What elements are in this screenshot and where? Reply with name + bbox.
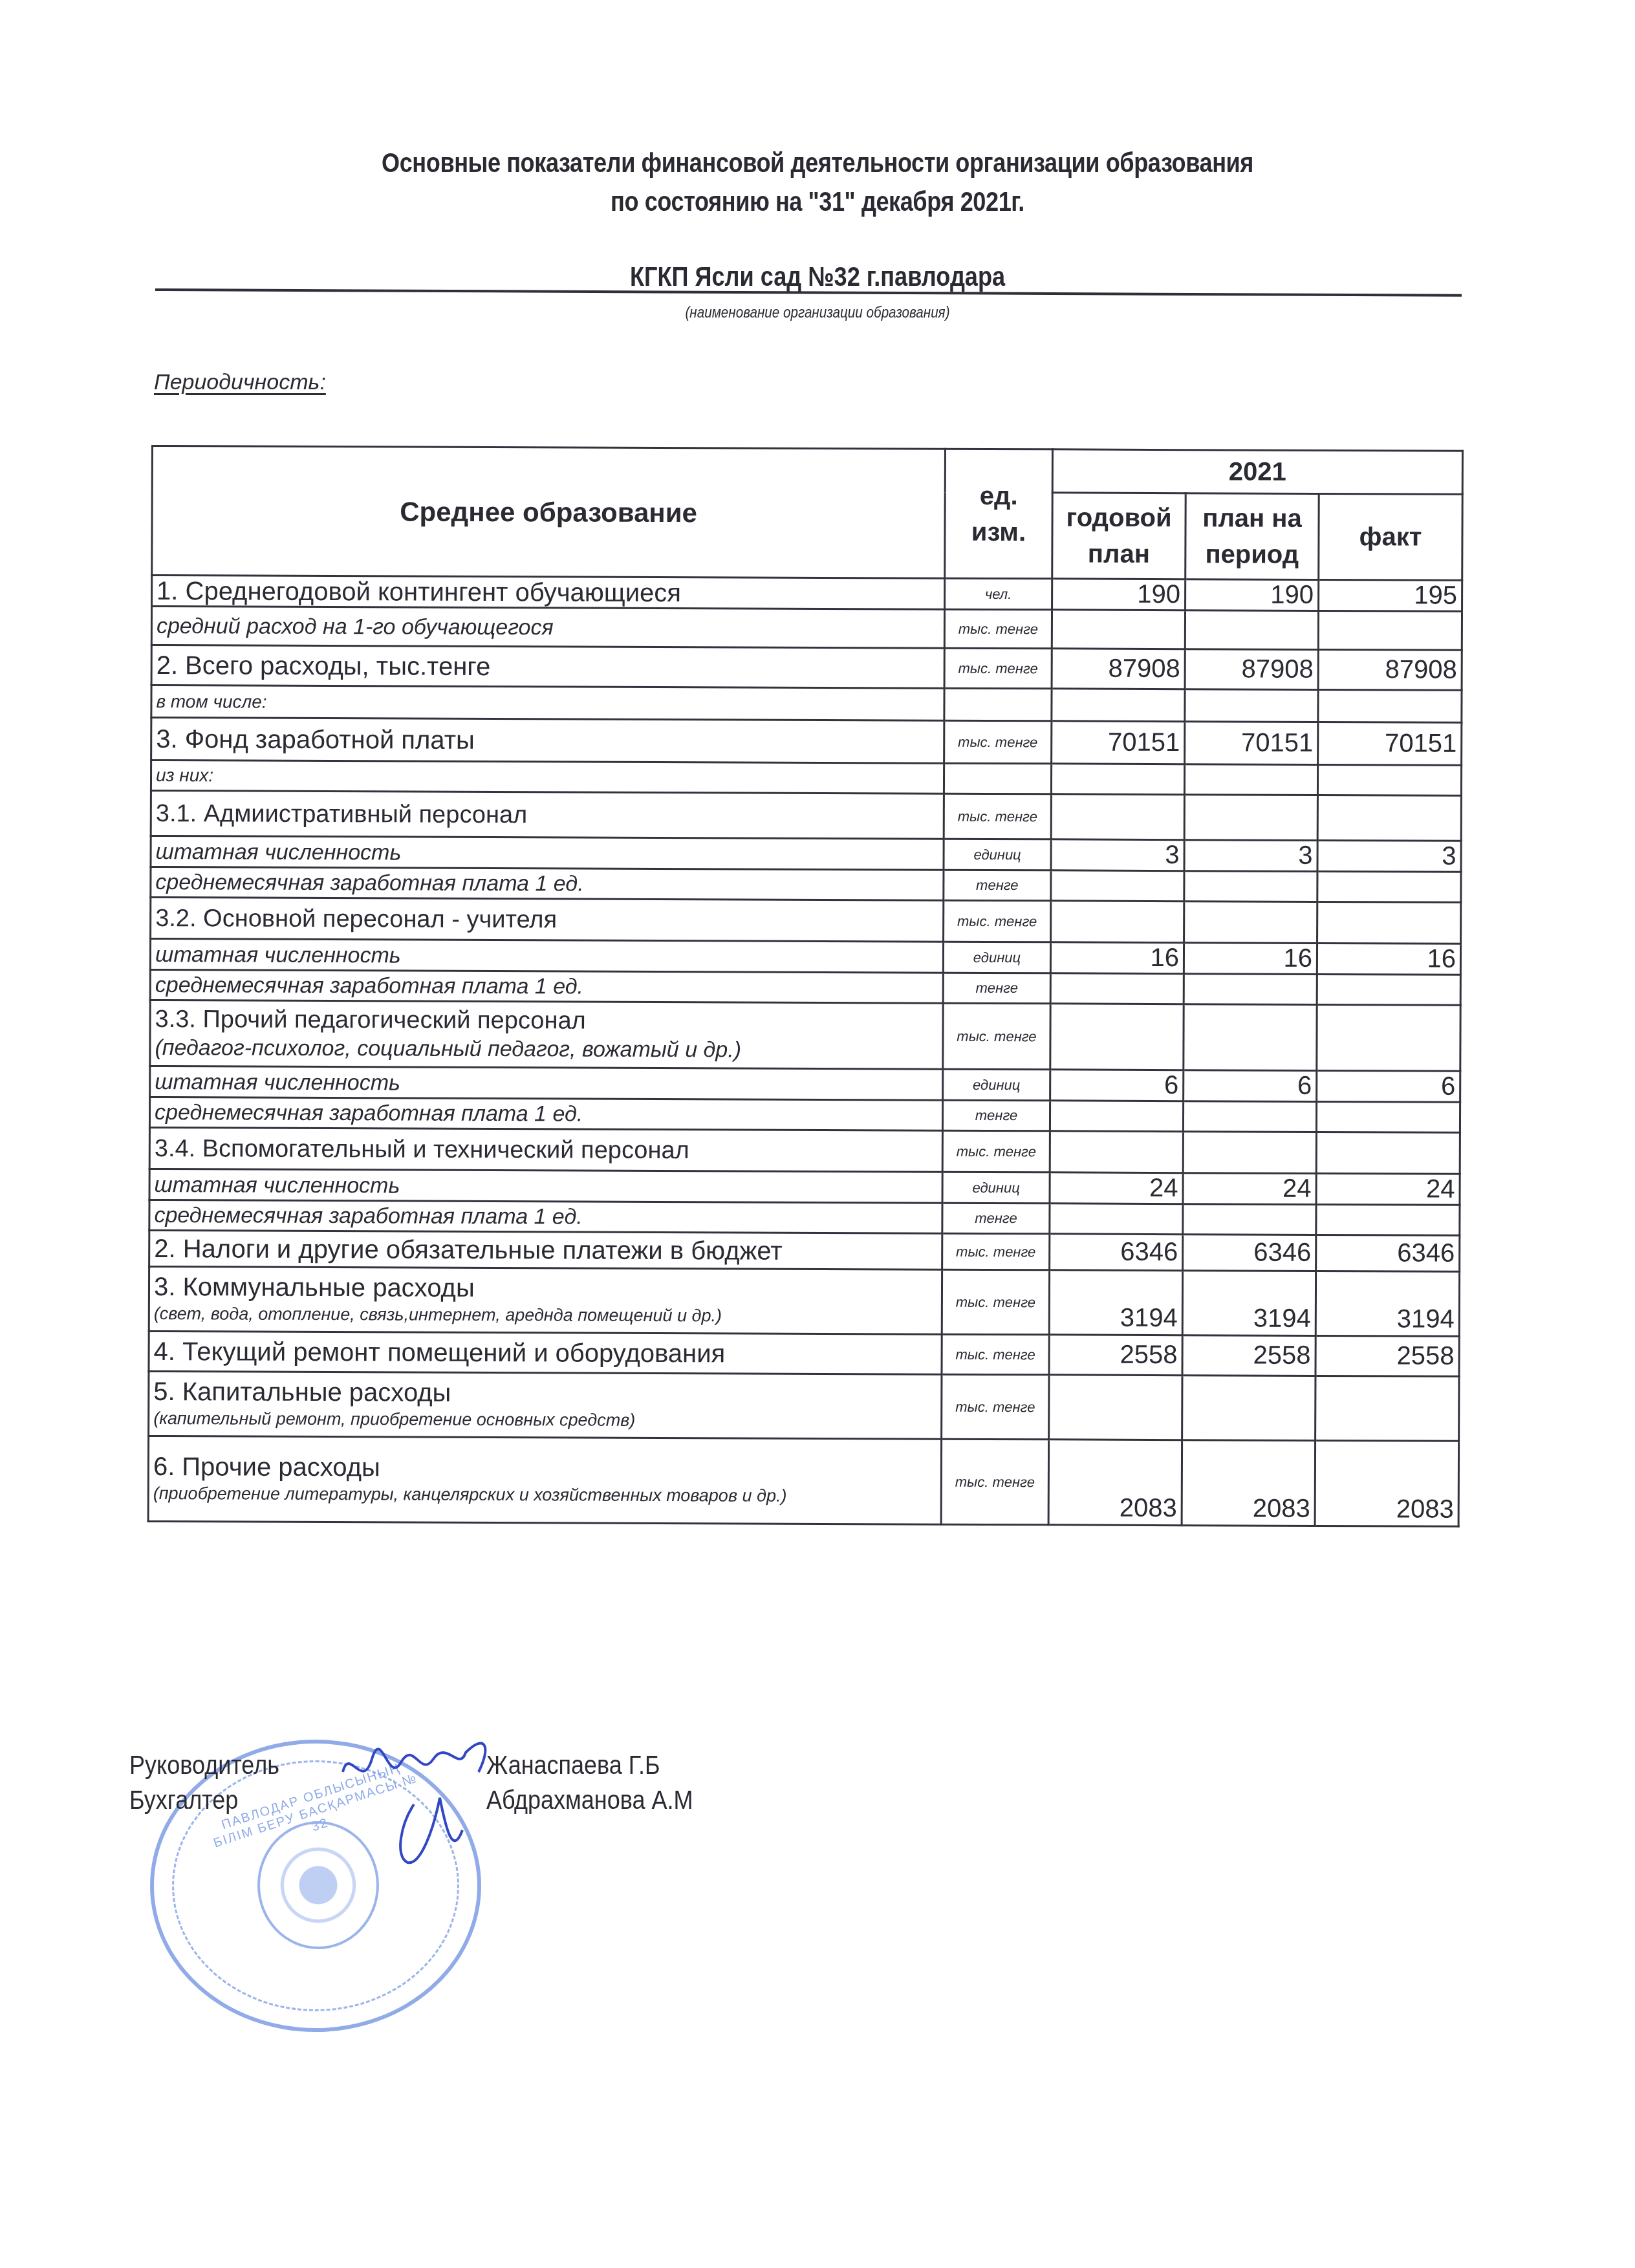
row-label-text: среднемесячная заработная плата 1 ед. bbox=[155, 1100, 583, 1127]
row-label: из них: bbox=[151, 761, 944, 794]
cell-period-plan bbox=[1184, 795, 1317, 841]
row-label-text: среднемесячная заработная плата 1 ед. bbox=[155, 973, 583, 999]
cell-fact: 3194 bbox=[1316, 1271, 1459, 1336]
row-label: 6. Прочие расходы(приобретение литератур… bbox=[148, 1436, 941, 1524]
row-label: 3. Коммунальные расходы(свет, вода, отоп… bbox=[149, 1266, 942, 1334]
row-sublabel: (капительный ремонт, приобретение основн… bbox=[153, 1406, 937, 1434]
row-unit: тыс. тенге bbox=[942, 1269, 1049, 1335]
head-role: Руководитель bbox=[129, 1751, 279, 1780]
row-unit: тыс. тенге bbox=[942, 1130, 1050, 1172]
row-unit: единиц bbox=[944, 839, 1051, 870]
row-unit: тыс. тенге bbox=[942, 1233, 1050, 1270]
report-date: по состоянию на "31" декабря 2021г. bbox=[114, 186, 1521, 217]
table-row: 2. Всего расходы, тыс.тенгетыс. тенге879… bbox=[151, 645, 1462, 691]
cell-period-plan bbox=[1184, 764, 1317, 795]
report-title: Основные показатели финансовой деятельно… bbox=[114, 147, 1521, 178]
row-label-text: 4. Текущий ремонт помещений и оборудован… bbox=[154, 1337, 726, 1368]
cell-annual-plan bbox=[1050, 973, 1184, 1004]
cell-annual-plan: 3 bbox=[1051, 839, 1184, 871]
row-unit bbox=[944, 688, 1052, 721]
row-label-text: штатная численность bbox=[155, 942, 401, 967]
cell-fact bbox=[1317, 902, 1461, 944]
cell-annual-plan: 190 bbox=[1052, 579, 1186, 610]
cell-period-plan: 2558 bbox=[1182, 1335, 1316, 1376]
row-label-text: штатная численность bbox=[156, 839, 402, 865]
row-label-text: среднемесячная заработная плата 1 ед. bbox=[155, 870, 583, 896]
organization-caption: (наименование организации образования) bbox=[114, 304, 1521, 322]
row-unit: тыс. тенге bbox=[944, 609, 1052, 649]
cell-annual-plan bbox=[1052, 610, 1185, 649]
cell-period-plan bbox=[1185, 610, 1318, 650]
row-unit: тыс. тенге bbox=[944, 648, 1052, 689]
cell-period-plan bbox=[1182, 1376, 1316, 1441]
row-unit: тыс. тенге bbox=[942, 1334, 1049, 1375]
table-row: средний расход на 1-го обучающегосятыс. … bbox=[151, 607, 1462, 651]
cell-annual-plan: 16 bbox=[1050, 942, 1184, 974]
row-unit bbox=[944, 763, 1051, 794]
cell-period-plan: 87908 bbox=[1185, 649, 1318, 690]
cell-fact bbox=[1316, 1204, 1460, 1235]
row-label-text: средний расход на 1-го обучающегося bbox=[157, 614, 554, 640]
cell-period-plan bbox=[1184, 871, 1317, 902]
cell-annual-plan bbox=[1051, 870, 1184, 902]
row-label: среднемесячная заработная плата 1 ед. bbox=[149, 1097, 942, 1130]
cell-period-plan bbox=[1183, 1101, 1316, 1132]
cell-period-plan: 24 bbox=[1183, 1173, 1316, 1205]
table-row: 3. Фонд заработной платытыс. тенге701517… bbox=[151, 718, 1462, 766]
cell-annual-plan bbox=[1049, 1375, 1182, 1440]
row-label: штатная численность bbox=[150, 939, 943, 973]
row-sublabel: (приобретение литературы, канцелярских и… bbox=[153, 1481, 937, 1509]
cell-fact: 6 bbox=[1317, 1070, 1460, 1102]
cell-fact bbox=[1317, 974, 1460, 1005]
table-row: 3. Коммунальные расходы(свет, вода, отоп… bbox=[149, 1266, 1459, 1336]
periodicity-label: Периодичность: bbox=[154, 370, 326, 395]
cell-annual-plan: 2083 bbox=[1048, 1440, 1182, 1526]
cell-fact bbox=[1317, 764, 1461, 795]
header-year: 2021 bbox=[1052, 449, 1462, 494]
cell-fact: 195 bbox=[1319, 579, 1462, 611]
row-label-text: 6. Прочие расходы bbox=[153, 1453, 380, 1482]
row-unit: тенге bbox=[944, 870, 1051, 901]
row-label-text: 3.3. Прочий педагогический персонал bbox=[155, 1006, 586, 1035]
row-label-text: штатная численность bbox=[155, 1172, 400, 1198]
cell-annual-plan bbox=[1052, 689, 1185, 722]
cell-fact bbox=[1316, 1132, 1460, 1174]
cell-period-plan: 6346 bbox=[1183, 1235, 1316, 1271]
table-row: 1. Среднегодовой контингент обучающиесяч… bbox=[152, 576, 1462, 612]
cell-annual-plan bbox=[1050, 1131, 1183, 1173]
row-label: среднемесячная заработная плата 1 ед. bbox=[150, 969, 943, 1003]
cell-fact bbox=[1316, 1376, 1459, 1441]
accountant-name: Абдрахманова А.М bbox=[486, 1786, 693, 1815]
cell-fact bbox=[1316, 1101, 1460, 1132]
row-label: 1. Среднегодовой контингент обучающиеся bbox=[152, 576, 945, 610]
cell-fact: 87908 bbox=[1318, 649, 1462, 690]
table-row: среднемесячная заработная плата 1 ед.тен… bbox=[149, 1200, 1460, 1235]
cell-fact bbox=[1317, 871, 1461, 902]
row-sublabel: (педагог-психолог, социальный педагог, в… bbox=[155, 1033, 938, 1065]
signature-head-icon bbox=[336, 1733, 504, 1875]
header-main: Среднее образование bbox=[152, 446, 946, 579]
table-row: 3.3. Прочий педагогический персонал(педа… bbox=[150, 1000, 1460, 1071]
cell-annual-plan: 70151 bbox=[1052, 721, 1185, 764]
cell-annual-plan bbox=[1051, 764, 1184, 795]
cell-period-plan: 6 bbox=[1184, 1070, 1317, 1102]
table-row: штатная численностьединиц242424 bbox=[149, 1169, 1460, 1205]
cell-fact: 70151 bbox=[1318, 722, 1462, 765]
row-label-text: 1. Среднегодовой контингент обучающиеся bbox=[157, 577, 681, 607]
cell-annual-plan bbox=[1050, 1204, 1183, 1235]
row-unit: тыс. тенге bbox=[941, 1439, 1049, 1525]
organization-name: КГКП Ясли сад №32 г.павлодара bbox=[114, 261, 1521, 292]
row-label: в том числе: bbox=[151, 686, 944, 721]
cell-period-plan bbox=[1183, 1132, 1316, 1174]
row-label-text: 3. Коммунальные расходы bbox=[154, 1273, 475, 1302]
cell-annual-plan bbox=[1050, 1004, 1184, 1070]
cell-annual-plan bbox=[1050, 1101, 1183, 1132]
row-label: 3.1. Адмиистративный персонал bbox=[151, 791, 944, 839]
table-row: штатная численностьединиц161616 bbox=[150, 939, 1460, 975]
financial-indicators-table: Среднее образование ед. изм. 2021 годово… bbox=[147, 445, 1464, 1528]
row-label-text: 5. Капитальные расходы bbox=[153, 1377, 451, 1407]
table-row: среднемесячная заработная плата 1 ед.тен… bbox=[149, 1097, 1460, 1132]
row-label-text: 3.2. Основной пересонал - учителя bbox=[155, 905, 557, 933]
table-row: 3.1. Адмиистративный персоналтыс. тенге bbox=[151, 791, 1461, 841]
row-label-text: 2. Всего расходы, тыс.тенге bbox=[157, 651, 491, 681]
row-unit: единиц bbox=[943, 942, 1050, 973]
accountant-role: Бухгалтер bbox=[129, 1786, 238, 1815]
head-name: Жанаспаева Г.Б bbox=[486, 1751, 660, 1780]
cell-period-plan bbox=[1184, 902, 1317, 944]
cell-period-plan bbox=[1183, 1204, 1316, 1235]
cell-fact bbox=[1317, 795, 1461, 841]
cell-fact bbox=[1318, 689, 1462, 722]
row-label-text: 3.1. Адмиистративный персонал bbox=[156, 800, 528, 828]
cell-fact bbox=[1317, 1004, 1460, 1071]
table-row: 3.2. Основной пересонал - учителятыс. те… bbox=[151, 898, 1461, 944]
table-row: из них: bbox=[151, 761, 1461, 796]
header-fact: факт bbox=[1319, 493, 1463, 580]
row-unit: единиц bbox=[943, 1069, 1050, 1101]
row-label: 2. Налоги и другие обязательные платежи … bbox=[149, 1230, 942, 1269]
cell-period-plan: 2083 bbox=[1182, 1440, 1316, 1526]
cell-fact: 2558 bbox=[1316, 1335, 1459, 1376]
row-label: 3.3. Прочий педагогический персонал(педа… bbox=[150, 1000, 943, 1069]
row-label: 2. Всего расходы, тыс.тенге bbox=[151, 645, 944, 689]
row-unit: тенге bbox=[942, 1100, 1050, 1131]
row-label-text: в том числе: bbox=[156, 691, 266, 712]
row-label-text: среднемесячная заработная плата 1 ед. bbox=[154, 1203, 582, 1229]
row-sublabel: (свет, вода, отопление, связь,интернет, … bbox=[154, 1301, 937, 1329]
table-row: штатная численностьединиц666 bbox=[150, 1066, 1460, 1102]
table-row: в том числе: bbox=[151, 686, 1462, 723]
row-unit: тыс. тенге bbox=[942, 1374, 1049, 1440]
cell-fact bbox=[1318, 610, 1462, 650]
header-unit: ед. изм. bbox=[945, 449, 1053, 579]
row-unit: тыс. тенге bbox=[944, 900, 1051, 942]
cell-annual-plan: 87908 bbox=[1052, 649, 1185, 689]
row-label-text: штатная численность bbox=[155, 1070, 400, 1095]
row-label: 3. Фонд заработной платы bbox=[151, 718, 944, 764]
table-row: 4. Текущий ремонт помещений и оборудован… bbox=[149, 1331, 1459, 1376]
table-row: 5. Капитальные расходы(капительный ремон… bbox=[149, 1371, 1459, 1441]
cell-fact: 24 bbox=[1316, 1173, 1460, 1205]
cell-annual-plan: 6346 bbox=[1050, 1234, 1183, 1271]
row-label: 3.2. Основной пересонал - учителя bbox=[151, 898, 944, 942]
cell-period-plan bbox=[1185, 689, 1318, 722]
table-row: 3.4. Вспомогательный и технический персо… bbox=[149, 1127, 1460, 1174]
table-row: 6. Прочие расходы(приобретение литератур… bbox=[148, 1436, 1459, 1526]
cell-annual-plan bbox=[1051, 901, 1184, 943]
row-unit: тыс. тенге bbox=[943, 1003, 1050, 1070]
row-label-text: 3. Фонд заработной платы bbox=[156, 725, 475, 755]
cell-period-plan: 190 bbox=[1186, 579, 1319, 611]
row-unit: тыс. тенге bbox=[944, 794, 1051, 839]
row-label: среднемесячная заработная плата 1 ед. bbox=[151, 867, 944, 901]
row-label: 4. Текущий ремонт помещений и оборудован… bbox=[149, 1331, 942, 1374]
cell-annual-plan: 3194 bbox=[1049, 1270, 1182, 1335]
row-label: 5. Капитальные расходы(капительный ремон… bbox=[149, 1371, 942, 1439]
cell-fact: 3 bbox=[1317, 840, 1461, 872]
row-label: средний расход на 1-го обучающегося bbox=[151, 607, 944, 649]
cell-annual-plan: 6 bbox=[1050, 1070, 1184, 1101]
cell-annual-plan: 24 bbox=[1050, 1172, 1183, 1204]
row-unit: тенге bbox=[943, 973, 1050, 1004]
cell-period-plan: 16 bbox=[1184, 943, 1317, 975]
row-label: среднемесячная заработная плата 1 ед. bbox=[149, 1200, 942, 1233]
row-unit: чел. bbox=[945, 578, 1052, 610]
row-label-text: 2. Налоги и другие обязательные платежи … bbox=[154, 1235, 783, 1266]
table-row: 2. Налоги и другие обязательные платежи … bbox=[149, 1230, 1460, 1271]
row-label-text: 3.4. Вспомогательный и технический персо… bbox=[155, 1135, 689, 1164]
cell-period-plan: 3 bbox=[1184, 840, 1317, 872]
cell-period-plan: 70151 bbox=[1185, 722, 1318, 765]
row-unit: тенге bbox=[942, 1203, 1050, 1234]
header-annual-plan: годовой план bbox=[1052, 493, 1186, 579]
table-row: штатная численностьединиц333 bbox=[151, 836, 1461, 872]
table-body: 1. Среднегодовой контингент обучающиесяч… bbox=[148, 576, 1462, 1527]
table-row: среднемесячная заработная плата 1 ед.тен… bbox=[151, 867, 1461, 903]
cell-annual-plan: 2558 bbox=[1049, 1335, 1182, 1376]
row-unit: тыс. тенге bbox=[944, 720, 1052, 764]
cell-period-plan bbox=[1184, 1004, 1317, 1071]
row-unit: единиц bbox=[942, 1172, 1050, 1204]
row-label-text: из них: bbox=[156, 765, 213, 785]
cell-annual-plan bbox=[1051, 794, 1184, 840]
cell-fact: 16 bbox=[1317, 943, 1460, 975]
table-row: среднемесячная заработная плата 1 ед.тен… bbox=[150, 969, 1460, 1005]
cell-fact: 2083 bbox=[1315, 1440, 1459, 1526]
row-label: штатная численность bbox=[151, 836, 944, 870]
cell-period-plan bbox=[1184, 974, 1317, 1005]
row-label: 3.4. Вспомогательный и технический персо… bbox=[149, 1127, 942, 1172]
cell-period-plan: 3194 bbox=[1182, 1271, 1316, 1336]
header-period-plan: план на период bbox=[1186, 493, 1319, 580]
row-label: штатная численность bbox=[149, 1169, 942, 1203]
row-label: штатная численность bbox=[150, 1066, 943, 1100]
cell-fact: 6346 bbox=[1316, 1235, 1460, 1271]
